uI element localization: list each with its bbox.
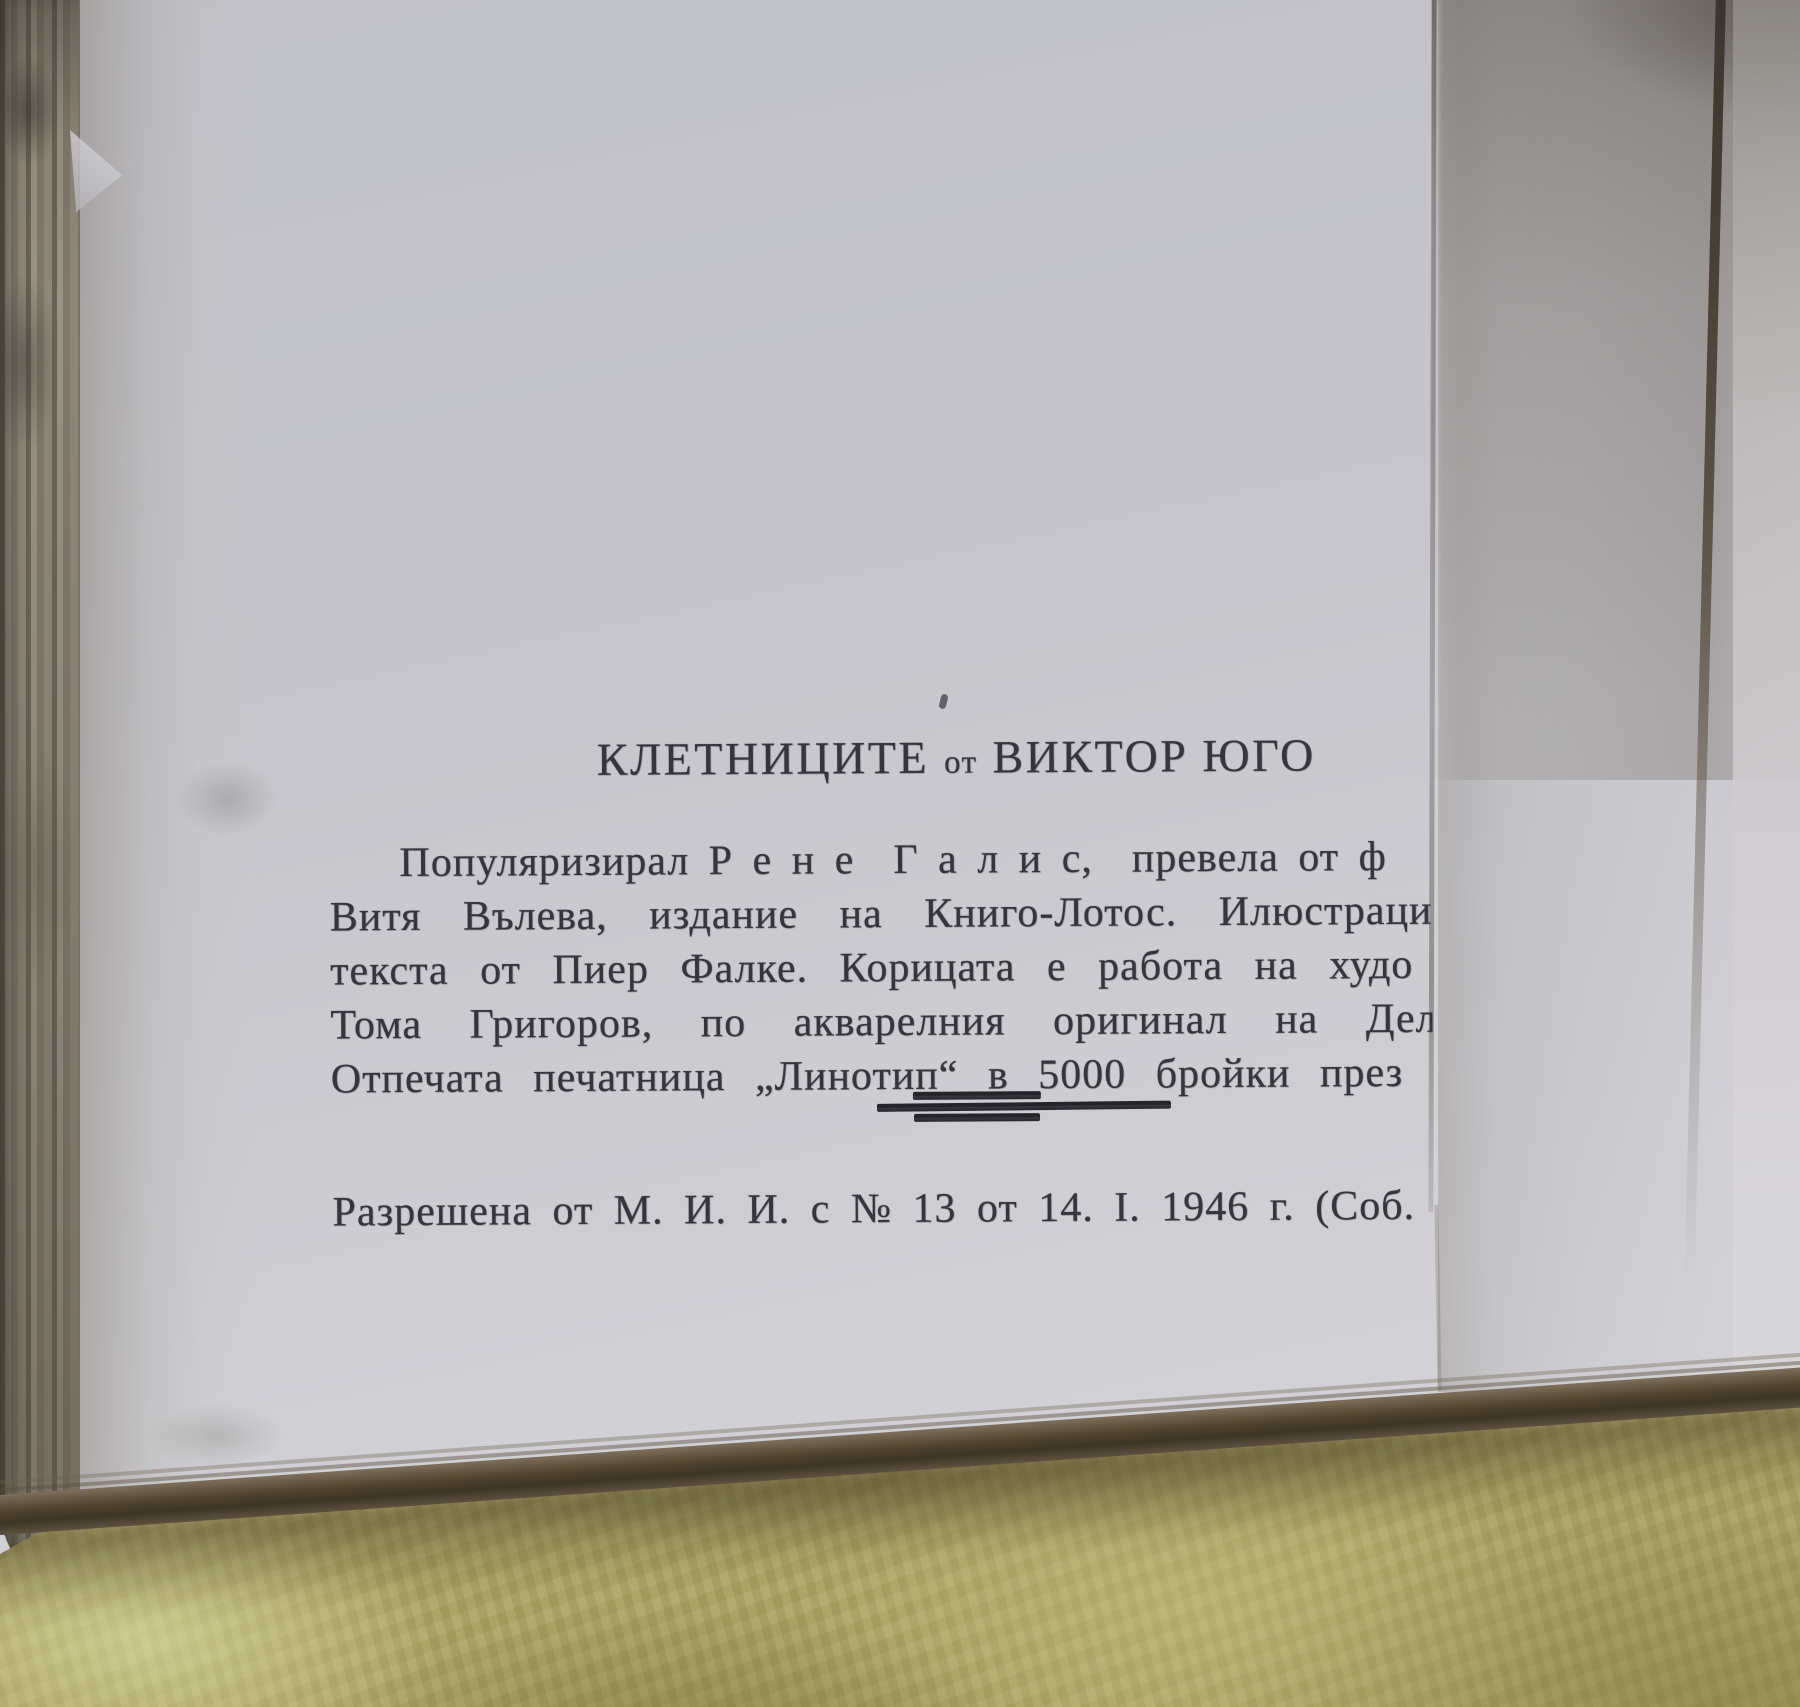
permission-line: Разрешена от М. И. И. с № 13 от 14. I. 1… [332,1181,1428,1238]
imprint-paragraph: Популяризирал Р е н е Г а л и с, превела… [329,830,1433,1107]
title-author-name: ВИКТОР ЮГО [992,729,1316,782]
section-divider [877,1090,1171,1125]
imprint-line: Тома Григоров, по акварелния оригинал на… [330,992,1432,1053]
divider-bar [877,1101,1171,1112]
page-title: КЛЕТНИЦИТЕотВИКТОР ЮГО [597,732,1316,782]
imprint-line: Витя Вълева, издание на Книго-Лотос. Илю… [330,884,1432,945]
book-photo-scene: КЛЕТНИЦИТЕотВИКТОР ЮГО Популяризирал Р е… [0,0,1800,1707]
divider-bar [913,1091,1041,1100]
imprint-line: текста от Пиер Фалке. Корицата е работа … [330,938,1432,999]
divider-bar [914,1113,1040,1122]
title-work-name: КЛЕТНИЦИТЕ [597,732,929,785]
imprint-line: Популяризирал Р е н е Г а л и с, превела… [329,830,1431,891]
printed-text-layer: КЛЕТНИЦИТЕотВИКТОР ЮГО Популяризирал Р е… [0,0,1800,1707]
title-connector: от [944,745,978,781]
